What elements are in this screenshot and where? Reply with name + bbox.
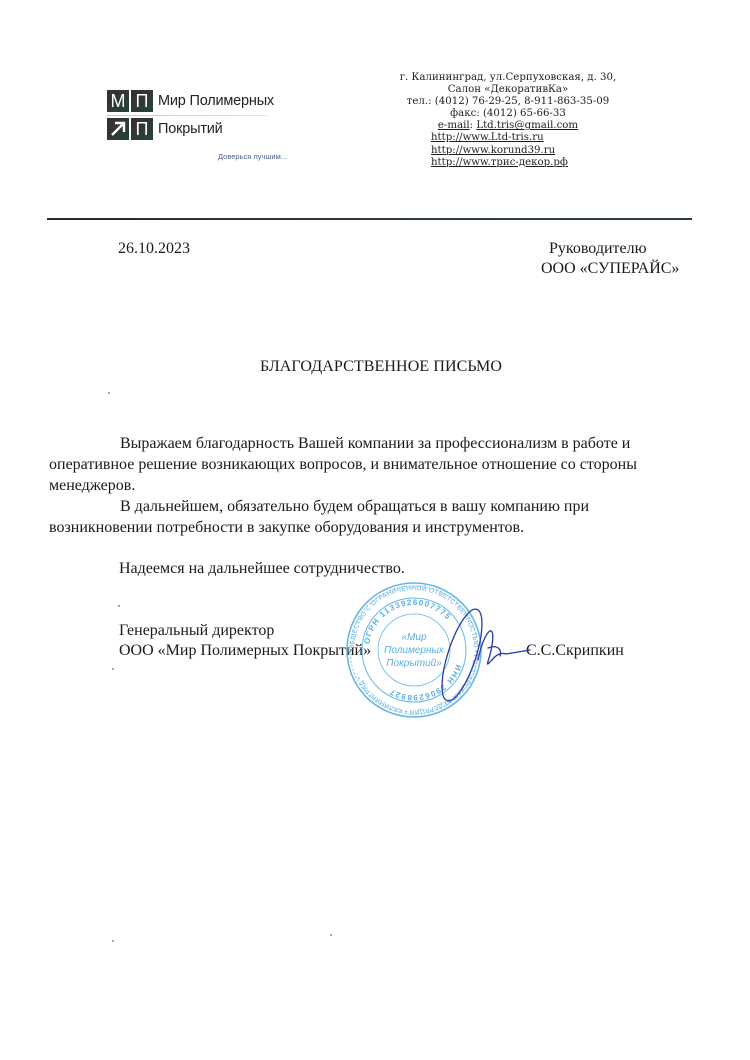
scan-speck [118, 605, 120, 607]
recipient-position: Руководителю [549, 240, 647, 258]
logo-tile-letter: П [136, 119, 149, 139]
svg-text:Полимерных: Полимерных [384, 645, 445, 656]
logo-separator [107, 115, 267, 116]
website-link-korund39[interactable]: http://www.korund39.ru [392, 145, 624, 157]
header-divider [47, 218, 692, 220]
company-logo: М П П Мир Полимерных Покрытий Доверься л… [107, 90, 317, 170]
closing-line: Надеемся на дальнейшее сотрудничество. [119, 560, 405, 578]
fax: факс: (4012) 65-66-33 [392, 108, 624, 120]
letter-date: 26.10.2023 [118, 240, 190, 258]
scan-speck [330, 934, 332, 936]
contact-block: г. Калининград, ул.Серпуховская, д. 30, … [392, 72, 624, 169]
email-label: e-mail [438, 120, 470, 131]
email-line: e-mail: Ltd.tris@gmail.com [392, 120, 624, 132]
email-link[interactable]: Ltd.tris@gmail.com [476, 120, 578, 131]
logo-tile-letter: П [136, 91, 149, 111]
signer-position: Генеральный директор [119, 622, 274, 640]
letter-title: БЛАГОДАРСТВЕННОЕ ПИСЬМО [0, 358, 750, 376]
scan-speck [108, 392, 110, 394]
logo-tile-m: М [107, 90, 129, 112]
signer-company: ООО «Мир Полимерных Покрытий» [119, 642, 371, 660]
logo-name-line1: Мир Полимерных [158, 93, 274, 109]
logo-slogan: Доверься лучшим... [218, 152, 287, 161]
letter-body: Выражаем благодарность Вашей компании за… [49, 433, 689, 538]
body-paragraph: Выражаем благодарность Вашей компании за… [49, 433, 689, 496]
website-link-ltd-tris[interactable]: http://www.Ltd-tris.ru [392, 132, 624, 144]
recipient-company: ООО «СУПЕРАЙС» [541, 260, 679, 278]
logo-name-line2: Покрытий [158, 121, 223, 137]
logo-tile-p: П [131, 90, 153, 112]
svg-text:«Мир: «Мир [401, 632, 426, 643]
svg-text:Покрытий»: Покрытий» [386, 658, 442, 669]
handwritten-signature-icon [440, 600, 540, 710]
logo-tile-p2: П [131, 118, 153, 140]
signer-name: С.С.Скрипкин [526, 642, 624, 660]
body-paragraph: В дальнейшем, обязательно будем обращать… [49, 496, 689, 538]
address: г. Калининград, ул.Серпуховская, д. 30, [392, 72, 624, 84]
logo-arrow-icon [107, 118, 129, 140]
website-link-tris-dekor[interactable]: http://www.трис-декор.рф [392, 157, 624, 169]
phone: тел.: (4012) 76-29-25, 8-911-863-35-09 [392, 96, 624, 108]
scan-speck [112, 668, 114, 670]
salon-name: Салон «ДекоративКа» [392, 84, 624, 96]
logo-tile-letter: М [111, 91, 126, 111]
scan-speck [112, 940, 114, 942]
